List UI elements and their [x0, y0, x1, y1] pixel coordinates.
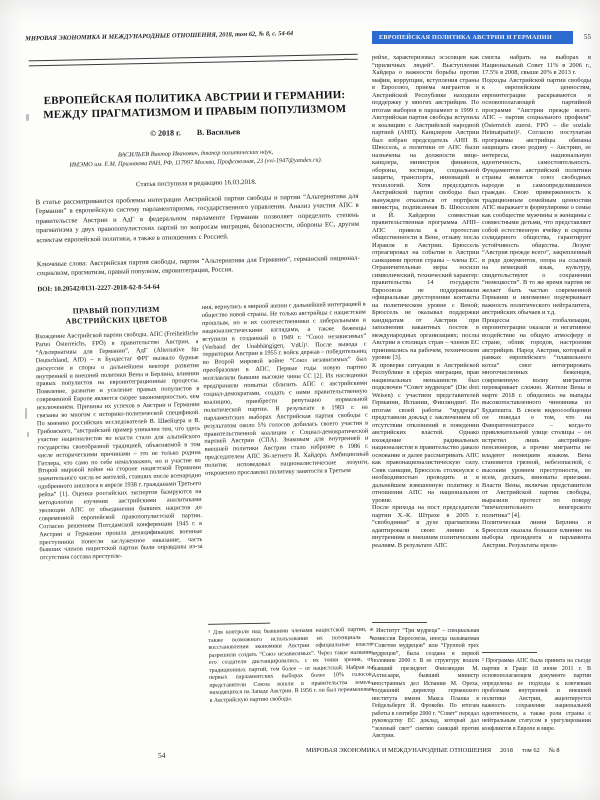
page-number-54: 54	[147, 751, 177, 761]
author-name: В. Васильев	[197, 127, 241, 137]
author-affiliation: ВАСИЛЬЕВ Виктор Иванович, доктор политич…	[27, 147, 365, 171]
left-column1-body: Вхождение Австрийской партии свободы, АП…	[35, 330, 203, 563]
right-running-head: ЕВРОПЕЙСКАЯ ПОЛИТИКА АВСТРИИ И ГЕРМАНИИ	[379, 34, 552, 41]
left-running-head: МИРОВАЯ ЭКОНОМИКА И МЕЖДУНАРОДНЫЕ ОТНОШЕ…	[25, 29, 325, 42]
abstract-text: В статье рассматриваются проблемы интегр…	[35, 192, 359, 246]
footnote-rule	[208, 623, 270, 625]
footer-year: 2018	[500, 747, 513, 754]
right-running-head-highlight: ЕВРОПЕЙСКАЯ ПОЛИТИКА АВСТРИИ И ГЕРМАНИИ	[372, 31, 573, 44]
article-title: ЕВРОПЕЙСКАЯ ПОЛИТИКА АВСТРИИ И ГЕРМАНИИ:…	[25, 88, 363, 123]
scanned-journal-spread: МИРОВАЯ ЭКОНОМИКА И МЕЖДУНАРОДНЫЕ ОТНОШЕ…	[0, 0, 600, 800]
right-page-column-1: рейхе, характеризовал эсэсовцев как “при…	[372, 54, 479, 620]
scan-speck	[344, 58, 349, 60]
header-double-rule	[29, 54, 358, 66]
left-page-column-1: ПРАВЫЙ ПОПУЛИЗМ АВСТРИЙСКИХ ЦВЕТОВ Вхожд…	[35, 304, 206, 721]
copyright-year: © 2018 г.	[150, 128, 181, 138]
copyright-author-line: © 2018 г.В. Васильев	[26, 125, 364, 141]
left-page: МИРОВАЯ ЭКОНОМИКА И МЕЖДУНАРОДНЫЕ ОТНОШЕ…	[24, 25, 377, 768]
footnote-rule	[482, 652, 537, 653]
footnote-rule	[372, 622, 427, 623]
section-heading-line2: АВСТРИЙСКИХ ЦВЕТОВ	[35, 314, 198, 327]
doi-line: DOI: 10.20542/0131-2227-2018-62-8-54-64	[37, 280, 360, 293]
right-page: ЕВРОПЕЙСКАЯ ПОЛИТИКА АВСТРИИ И ГЕРМАНИИ …	[370, 28, 594, 770]
scan-speck	[26, 114, 29, 121]
scan-speck	[25, 408, 27, 419]
left-page-footnote: ¹ Для контроля над бывшими членами нацис…	[208, 627, 374, 742]
right-page-column-2: смогла набрать на выборах в Национальный…	[482, 54, 591, 654]
footer-volume: том 62	[522, 747, 540, 754]
left-column2-body: ния, вернулись к мирной жизни с дальнейш…	[202, 301, 369, 478]
scan-speck	[27, 432, 29, 437]
footer-issue: № 8	[549, 747, 560, 754]
received-date-line: Статья поступила в редакцию 16.03.2018.	[27, 177, 365, 191]
keywords-text: Ключевые слова: Австрийская партия свобо…	[37, 254, 360, 279]
journal-footer: МИРОВАЯ ЭКОНОМИКА И МЕЖДУНАРОДНЫЕ ОТНОШЕ…	[306, 747, 568, 754]
page-number-55: 55	[575, 33, 591, 41]
footer-journal-name: МИРОВАЯ ЭКОНОМИКА И МЕЖДУНАРОДНЫЕ ОТНОШЕ…	[306, 747, 491, 754]
section-heading: ПРАВЫЙ ПОПУЛИЗМ АВСТРИЙСКИХ ЦВЕТОВ	[35, 304, 198, 327]
left-page-column-2: ния, вернулись к мирной жизни с дальнейш…	[202, 301, 372, 622]
